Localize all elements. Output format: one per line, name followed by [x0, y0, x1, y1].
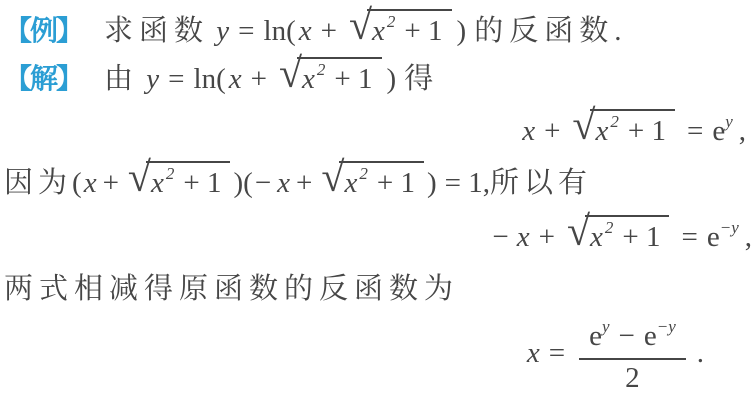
fraction-denominator: 2	[625, 360, 640, 395]
plus-sign: +	[539, 221, 555, 253]
radicand: x2+ 1	[297, 57, 381, 96]
example-line: 【例】求函数 y=ln(x+√x2+ 1)的反函数.	[4, 6, 756, 49]
radical: √x2+ 1	[128, 167, 231, 199]
minus-sign: −	[492, 221, 508, 253]
step1-tail-text: 得	[404, 63, 439, 95]
euler-e: e	[712, 115, 725, 147]
open-paren: (	[72, 167, 82, 199]
textbook-excerpt: 【例】求函数 y=ln(x+√x2+ 1)的反函数. 【解】由 y=ln(x+√…	[0, 0, 756, 396]
step2-lead-text: 因为	[4, 167, 72, 199]
radicand-tail: + 1	[334, 63, 372, 95]
euler-e: e	[589, 320, 602, 352]
equals-sign: =	[687, 115, 703, 147]
math-var-y: y	[146, 63, 159, 95]
radical-sign-icon: √	[349, 3, 372, 49]
ln-function: ln(	[194, 63, 226, 95]
radicand: x2+ 1	[146, 161, 230, 200]
close-paren: )	[427, 167, 437, 199]
solution-step2-line: 因为(x+√x2+ 1)(−x+√x2+ 1)= 1,所以有	[4, 158, 756, 201]
equals-sign: =	[549, 337, 565, 369]
exponent-y: y	[602, 317, 610, 336]
radical-sign-icon: √	[128, 155, 151, 201]
equals-sign: =	[238, 15, 254, 47]
example-tag: 【例】	[4, 15, 82, 46]
step1-lead-text: 由	[104, 63, 139, 95]
math-var-x: x	[229, 63, 242, 95]
radicand: x2+ 1	[339, 161, 423, 200]
math-var-x: x	[277, 167, 290, 199]
example-content: 求函数 y=ln(x+√x2+ 1)的反函数.	[104, 15, 627, 47]
radical: √x2+ 1	[572, 115, 675, 147]
plus-sign: +	[251, 63, 267, 95]
radicand: x2+ 1	[590, 109, 674, 148]
radicand-tail: + 1	[183, 167, 221, 199]
exponent: 2	[166, 164, 175, 183]
plus-sign: +	[544, 115, 560, 147]
plus-sign: +	[103, 167, 119, 199]
radical: √x2+ 1	[279, 63, 382, 95]
ln-function: ln(	[264, 15, 296, 47]
close-paren: )	[233, 167, 243, 199]
solution-tag: 【解】	[4, 63, 82, 94]
math-var-x: x	[299, 15, 312, 47]
euler-e: e	[707, 221, 720, 253]
math-var-x: x	[344, 167, 357, 199]
open-paren: (	[243, 167, 253, 199]
math-var-y: y	[216, 15, 229, 47]
solution-step3-line: 两式相减得原函数的反函数为	[4, 266, 756, 307]
math-var-x: x	[151, 167, 164, 199]
math-var-x: x	[302, 63, 315, 95]
radicand-tail: + 1	[622, 221, 660, 253]
example-tail-text: 的反函数.	[474, 15, 627, 47]
equals-one: = 1,	[445, 167, 490, 199]
radical: √x2+ 1	[349, 15, 452, 47]
step2-tail-text: 所以有	[490, 167, 592, 199]
step3-text: 两式相减得原函数的反函数为	[4, 273, 459, 305]
display-equation-1: x+√x2+ 1=ey,	[4, 106, 756, 148]
math-var-x: x	[517, 221, 530, 253]
display-equation-3: x=ey−e−y2.	[4, 316, 756, 395]
radicand-tail: + 1	[377, 167, 415, 199]
step1-formula: y=ln(x+√x2+ 1)	[146, 63, 404, 95]
example-formula: y=ln(x+√x2+ 1)	[216, 15, 474, 47]
math-var-x: x	[84, 167, 97, 199]
radical-sign-icon: √	[321, 155, 344, 201]
plus-sign: +	[296, 167, 312, 199]
exponent-y: y	[725, 112, 733, 131]
comma: ,	[739, 115, 746, 147]
exponent-neg-y: −y	[657, 317, 676, 336]
radicand: x2+ 1	[367, 9, 451, 48]
equals-sign: =	[168, 63, 184, 95]
display-equation-2: −x+√x2+ 1=e−y,	[4, 212, 756, 254]
math-var-x: x	[590, 221, 603, 253]
exponent: 2	[387, 12, 396, 31]
radical: √x2+ 1	[321, 167, 424, 199]
radicand: x2+ 1	[585, 215, 669, 254]
fraction: ey−e−y2	[579, 316, 686, 395]
radicand-tail: + 1	[404, 15, 442, 47]
radical: √x2+ 1	[567, 221, 670, 253]
euler-e: e	[644, 320, 657, 352]
solution-step1-content: 由 y=ln(x+√x2+ 1)得	[104, 63, 439, 95]
solution-line: 【解】由 y=ln(x+√x2+ 1)得	[4, 54, 756, 97]
minus-sign: −	[255, 167, 271, 199]
fraction-numerator: ey−e−y	[579, 316, 686, 360]
math-var-x: x	[372, 15, 385, 47]
example-lead-text: 求函数	[104, 15, 209, 47]
exponent: 2	[605, 218, 614, 237]
radical-sign-icon: √	[572, 103, 595, 149]
minus-sign: −	[618, 320, 634, 352]
close-paren: )	[457, 15, 467, 47]
exponent: 2	[359, 164, 368, 183]
math-var-x: x	[522, 115, 535, 147]
radical-sign-icon: √	[279, 51, 302, 97]
comma: ,	[745, 221, 752, 253]
exponent: 2	[610, 112, 619, 131]
page: { "colors": { "tag_blue": "#2b9ed4", "in…	[0, 0, 756, 396]
equals-sign: =	[681, 221, 697, 253]
radical-sign-icon: √	[567, 209, 590, 255]
math-var-x: x	[595, 115, 608, 147]
period: .	[697, 337, 704, 369]
exponent: 2	[317, 60, 326, 79]
plus-sign: +	[321, 15, 337, 47]
close-paren: )	[387, 63, 397, 95]
exponent-neg-y: −y	[720, 218, 739, 237]
math-var-x: x	[527, 337, 540, 369]
radicand-tail: + 1	[628, 115, 666, 147]
